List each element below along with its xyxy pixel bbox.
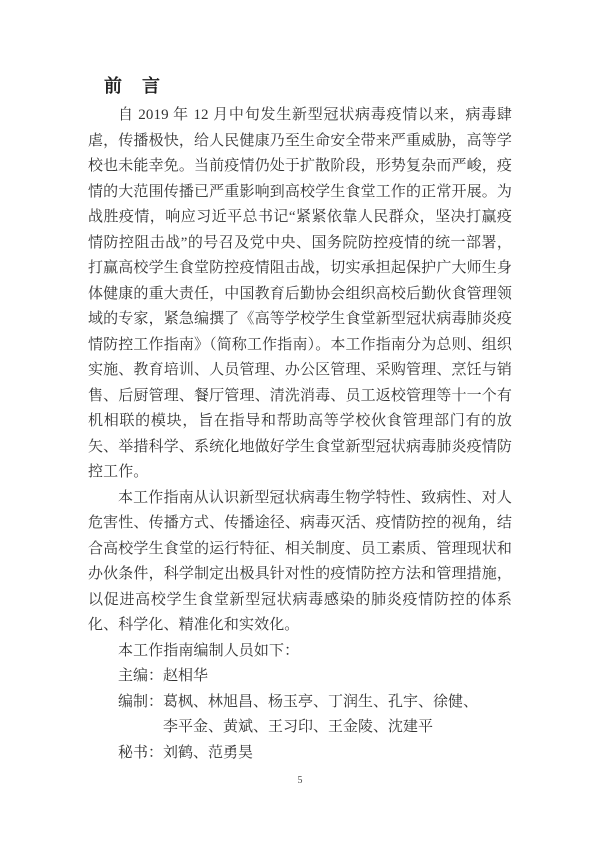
paragraph-credits-lead: 本工作指南编制人员如下：	[88, 639, 512, 665]
compilers-names-line2: 李平金、黄斌、王习印、王金陵、沈建平	[163, 715, 512, 741]
page-title: 前 言	[104, 76, 512, 96]
credits-list: 主编： 赵相华 编制： 葛枫、林旭昌、杨玉亭、丁润生、孔宇、徐健、 李平金、黄斌…	[118, 664, 512, 766]
secretary-names: 刘鹤、范勇昊	[163, 741, 512, 767]
credit-chief-editor: 主编： 赵相华	[118, 664, 512, 690]
credit-secretary: 秘书： 刘鹤、范勇昊	[118, 741, 512, 767]
page-number: 5	[0, 774, 600, 788]
secretary-label: 秘书：	[118, 741, 163, 767]
document-page: 前 言 自 2019 年 12 月中旬发生新型冠状病毒疫情以来，病毒肆虐，传播极…	[0, 0, 600, 848]
chief-editor-label: 主编：	[118, 664, 163, 690]
credit-compilers: 编制： 葛枫、林旭昌、杨玉亭、丁润生、孔宇、徐健、 李平金、黄斌、王习印、王金陵…	[118, 690, 512, 741]
compilers-names: 葛枫、林旭昌、杨玉亭、丁润生、孔宇、徐健、 李平金、黄斌、王习印、王金陵、沈建平	[163, 690, 512, 741]
page-content: 前 言 自 2019 年 12 月中旬发生新型冠状病毒疫情以来，病毒肆虐，传播极…	[88, 76, 512, 766]
compilers-names-line1: 葛枫、林旭昌、杨玉亭、丁润生、孔宇、徐健、	[163, 690, 512, 716]
paragraph-scope: 本工作指南从认识新型冠状病毒生物学特性、致病性、对人危害性、传播方式、传播途径、…	[88, 486, 512, 639]
compilers-label: 编制：	[118, 690, 163, 716]
paragraph-intro: 自 2019 年 12 月中旬发生新型冠状病毒疫情以来，病毒肆虐，传播极快，给人…	[88, 103, 512, 486]
chief-editor-names: 赵相华	[163, 664, 512, 690]
